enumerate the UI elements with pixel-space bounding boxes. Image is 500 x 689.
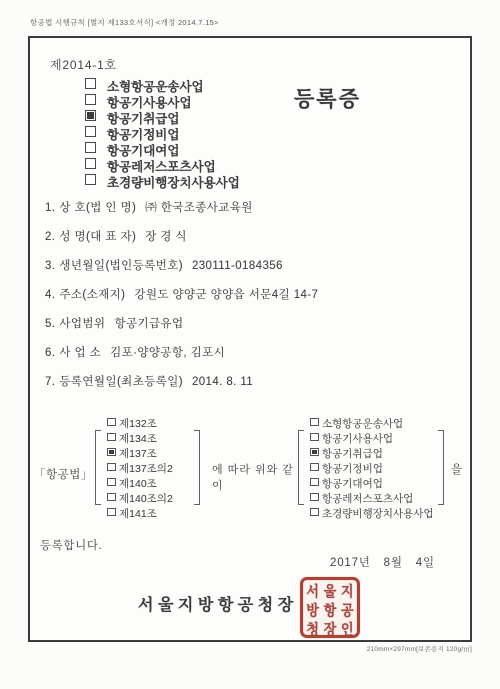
checkbox-icon: [85, 126, 96, 137]
checkbox-icon: [310, 448, 319, 457]
legal-business-label: 초경량비행장치사용사업: [322, 506, 434, 521]
left-bracket-icon: [95, 430, 101, 505]
article-label: 제134조: [119, 431, 157, 446]
field-value: 2014. 8. 11: [192, 376, 253, 388]
field-business-office: 6.사 업 소김포·양양공항, 김포시: [45, 344, 225, 360]
issue-date: 2017년 8월 4일: [330, 554, 435, 570]
left-bracket-icon: [298, 430, 304, 505]
article-label: 제132조: [119, 416, 157, 431]
paper-spec-text: 210mm×297mm[보존용지 120g/㎡]: [367, 644, 472, 653]
checkbox-icon: [107, 463, 116, 472]
right-bracket-icon: [438, 430, 444, 505]
field-number: 2.: [45, 231, 55, 243]
seal-character: 청: [304, 618, 321, 639]
checkbox-icon: [107, 448, 116, 457]
field-number: 1.: [45, 202, 55, 214]
object-particle-text: 을: [451, 461, 462, 477]
seal-character: 인: [339, 618, 356, 639]
checkbox-icon: [107, 493, 116, 502]
field-address: 4.주소(소재지)강원도 양양군 양양읍 서문4길 14-7: [45, 286, 318, 302]
field-number: 7.: [45, 376, 55, 388]
official-seal-stamp: 서 울 지 방 항 공 청 장 인: [300, 577, 360, 638]
seal-character: 장: [321, 618, 338, 639]
article-label: 제140조의2: [119, 491, 173, 506]
checkbox-icon: [310, 493, 319, 502]
form-reference-text: 항공법 시행규칙 [별지 제133호서식] <개정 2014.7.15>: [30, 17, 219, 28]
field-number: 6.: [45, 347, 55, 359]
field-representative: 2.성 명(대 표 자)장 경 식: [45, 228, 187, 244]
legal-business-label: 항공기대여업: [322, 476, 383, 491]
field-business-scope: 5.사업범위항공기급유업: [45, 315, 184, 331]
field-number: 4.: [45, 289, 55, 301]
certificate-title: 등록증: [294, 83, 361, 113]
field-registration-number: 3.생년월일(법인등록번호)230111-0184356: [45, 257, 283, 273]
article-label: 제140조: [119, 476, 157, 491]
legal-business-label: 항공기사용사업: [322, 431, 393, 446]
checkbox-icon: [85, 174, 96, 185]
legal-business-label: 항공기취급업: [322, 446, 383, 461]
article-label: 제141조: [119, 506, 157, 521]
field-label: 등록연월일(최초등록일): [59, 376, 183, 388]
field-value: 장 경 식: [145, 231, 187, 243]
field-number: 3.: [45, 260, 55, 272]
field-label: 생년월일(법인등록번호): [59, 260, 183, 272]
field-company-name: 1.상 호(법 인 명)㈜ 한국조종사교육원: [45, 199, 253, 215]
checkbox-icon: [107, 418, 116, 427]
field-label: 상 호(법 인 명): [59, 202, 136, 214]
field-label: 주소(소재지): [59, 289, 125, 301]
field-label: 사 업 소: [59, 347, 101, 359]
checkbox-icon: [107, 433, 116, 442]
checkbox-icon: [85, 110, 96, 121]
checkbox-icon: [310, 433, 319, 442]
checkbox-icon: [85, 78, 96, 89]
scanned-certificate-page: 항공법 시행규칙 [별지 제133호서식] <개정 2014.7.15> 제20…: [0, 0, 500, 689]
document-number: 제2014-1호: [50, 56, 117, 73]
field-value: 강원도 양양군 양양읍 서문4길 14-7: [134, 289, 318, 301]
checkbox-icon: [310, 508, 319, 517]
business-type-label: 초경량비행장치사용사업: [107, 173, 267, 191]
checkbox-icon: [85, 142, 96, 153]
checkbox-icon: [85, 94, 96, 105]
field-value: 항공기급유업: [114, 318, 183, 330]
issuer-title: 서울지방항공청장: [138, 592, 298, 615]
field-value: ㈜ 한국조종사교육원: [145, 202, 253, 214]
field-registration-date: 7.등록연월일(최초등록일)2014. 8. 11: [45, 373, 253, 389]
legal-business-label: 소형항공운송사업: [322, 416, 403, 431]
checkbox-icon: [107, 478, 116, 487]
closing-statement: 등록합니다.: [40, 537, 102, 553]
legal-business-label: 항공기정비업: [322, 461, 383, 476]
checkbox-icon: [85, 158, 96, 169]
legal-connector-text: 에 따라 위와 같이: [212, 461, 296, 493]
field-number: 5.: [45, 318, 55, 330]
checkbox-icon: [107, 508, 116, 517]
field-label: 성 명(대 표 자): [59, 231, 136, 243]
checkbox-icon: [310, 478, 319, 487]
field-value: 김포·양양공항, 김포시: [110, 347, 225, 359]
checkbox-icon: [310, 418, 319, 427]
law-name: 「항공법」: [34, 466, 93, 482]
field-value: 230111-0184356: [192, 260, 283, 272]
legal-business-label: 항공레저스포츠사업: [322, 491, 413, 506]
article-label: 제137조의2: [119, 461, 173, 476]
field-label: 사업범위: [59, 318, 105, 330]
right-bracket-icon: [194, 430, 200, 505]
article-label: 제137조: [119, 446, 157, 461]
checkbox-icon: [310, 463, 319, 472]
